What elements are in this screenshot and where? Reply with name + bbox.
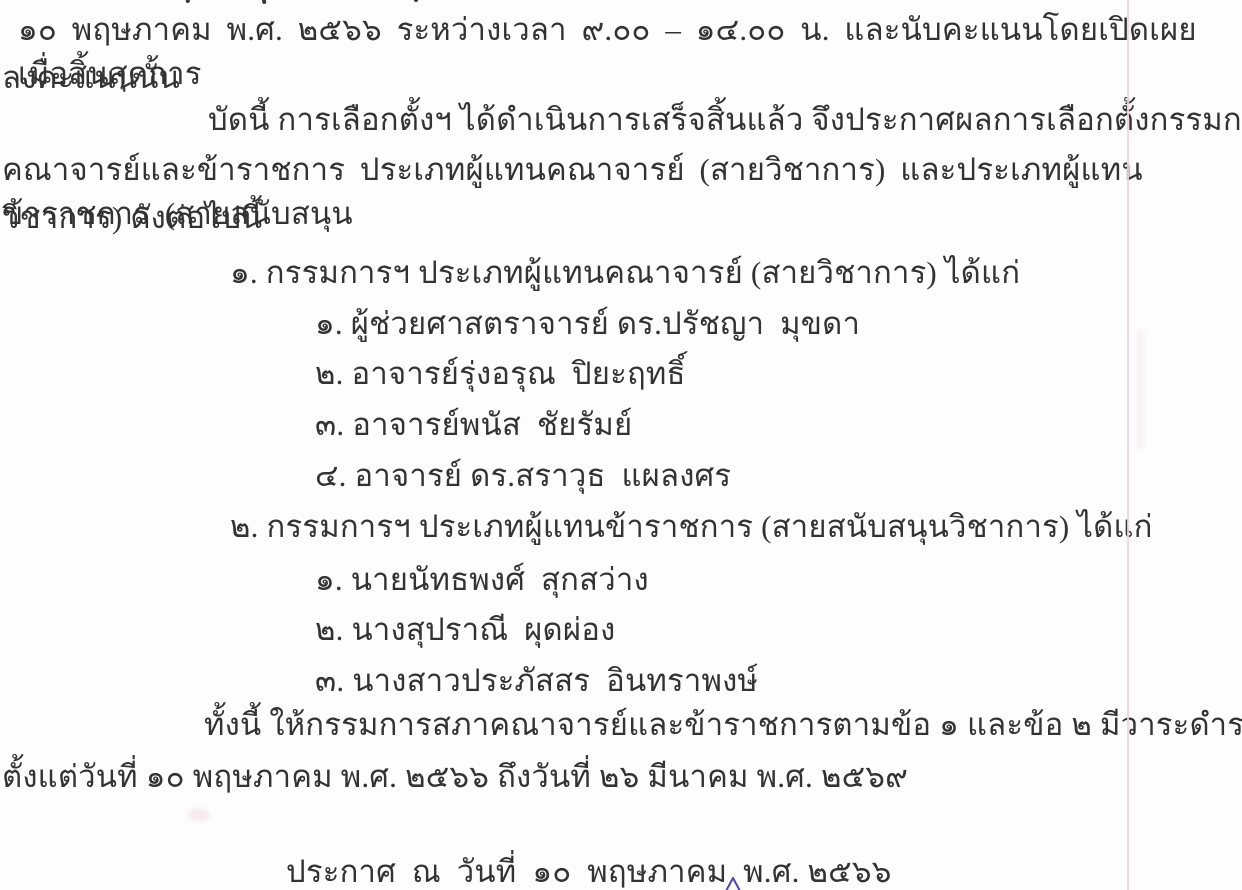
- list-item: ๑. ผู้ช่วยศาสตราจารย์ ดร.ปรัชญา มุขดา: [315, 302, 860, 346]
- list-item: ๔. อาจารย์ ดร.สราวุธ แผลงศร: [315, 454, 731, 498]
- scan-streak-artifact: [1127, 0, 1129, 890]
- list-item: ๓. อาจารย์พนัส ชัยรัมย์: [315, 403, 632, 447]
- section-2-heading: ๒. กรรมการฯ ประเภทผู้แทนข้าราชการ (สายสน…: [230, 505, 1153, 549]
- paragraph-announce-line-3: วิชาการ) ดังต่อไปนี้: [2, 196, 262, 240]
- cut-off-text-fragment: [185, 0, 190, 3]
- list-item: ๒. นางสุปราณี ผุดผ่อง: [315, 608, 615, 652]
- scanned-document-page: ๑๐ พฤษภาคม พ.ศ. ๒๕๖๖ ระหว่างเวลา ๙.๐๐ – …: [0, 0, 1242, 890]
- section-1-heading: ๑. กรรมการฯ ประเภทผู้แทนคณาจารย์ (สายวิช…: [230, 251, 1020, 295]
- paragraph-voting-line-1: ๑๐ พฤษภาคม พ.ศ. ๒๕๖๖ ระหว่างเวลา ๙.๐๐ – …: [18, 8, 1218, 96]
- pen-caret-mark: [724, 877, 742, 890]
- paragraph-term-line-1: ทั้งนี้ ให้กรรมการสภาคณาจารย์และข้าราชกา…: [204, 703, 1242, 747]
- list-item: ๑. นายนัทธพงศ์ สุกสว่าง: [315, 558, 649, 602]
- paragraph-voting-line-2: ลงคะแนนนั้น: [2, 56, 180, 100]
- scan-smudge-artifact: [188, 808, 210, 822]
- list-item: ๒. อาจารย์รุ่งอรุณ ปิยะฤทธิ์: [315, 352, 686, 396]
- scan-streak-artifact: [1136, 330, 1144, 450]
- issued-date-line: ประกาศ ณ วันที่ ๑๐ พฤษภาคม พ.ศ. ๒๕๖๖: [286, 850, 892, 890]
- paragraph-term-line-2: ตั้งแต่วันที่ ๑๐ พฤษภาคม พ.ศ. ๒๕๖๖ ถึงวั…: [2, 755, 908, 799]
- paragraph-announce-line-1: บัดนี้ การเลือกตั้งฯ ได้ดำเนินการเสร็จสิ…: [208, 98, 1242, 142]
- cut-off-text-fragment: [414, 0, 418, 2]
- list-item: ๓. นางสาวประภัสสร อินทราพงษ์: [315, 659, 758, 703]
- cut-off-text-fragment: [262, 0, 267, 4]
